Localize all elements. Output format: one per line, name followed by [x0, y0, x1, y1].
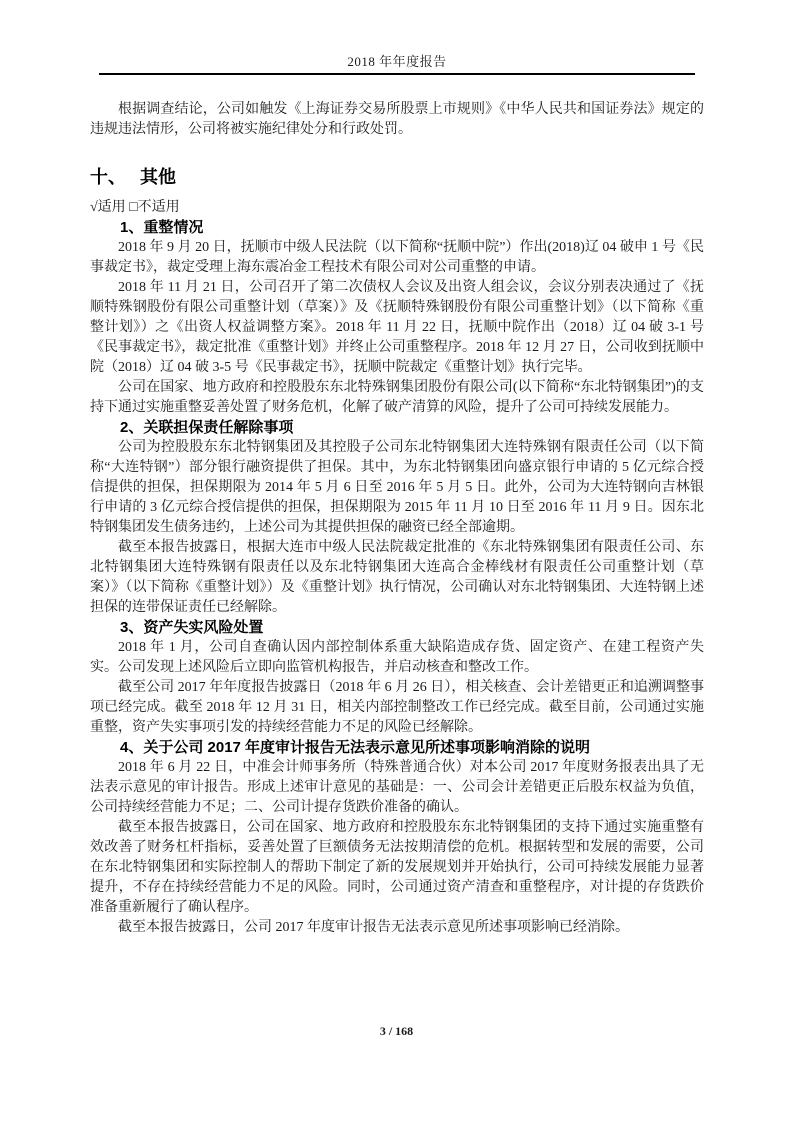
- paragraph-asset-risk-1: 2018 年 1 月，公司自查确认因内部控制体系重大缺陷造成存货、固定资产、在建…: [90, 638, 704, 678]
- report-page: { "header": { "title": "2018 年年度报告" }, "…: [0, 0, 793, 1122]
- applicability-note: √适用 □不适用: [90, 198, 704, 218]
- paragraph-restructuring-1: 2018 年 9 月 20 日，抚顺市中级人民法院（以下简称“抚顺中院”）作出(…: [90, 238, 704, 278]
- paragraph-audit-1: 2018 年 6 月 22 日，中准会计师事务所（特殊普通合伙）对本公司 201…: [90, 758, 704, 818]
- subheading-audit-opinion: 4、关于公司 2017 年度审计报告无法表示意见所述事项影响消除的说明: [90, 738, 704, 758]
- page-header: 2018 年年度报告: [99, 53, 695, 75]
- paragraph-audit-3: 截至本报告披露日，公司 2017 年度审计报告无法表示意见所述事项影响已经消除。: [90, 918, 704, 938]
- subheading-asset-risk: 3、资产失实风险处置: [90, 618, 704, 638]
- paragraph-audit-2: 截至本报告披露日，公司在国家、地方政府和控股股东东北特钢集团的支持下通过实施重整…: [90, 818, 704, 918]
- page-number: 3 / 168: [380, 1024, 413, 1038]
- section-blocks: 1、重整情况 2018 年 9 月 20 日，抚顺市中级人民法院（以下简称“抚顺…: [90, 218, 704, 938]
- paragraph-guarantee-2: 截至本报告披露日，根据大连市中级人民法院裁定批准的《东北特殊钢集团有限责任公司、…: [90, 538, 704, 618]
- paragraph-asset-risk-2: 截至公司 2017 年年度报告披露日（2018 年 6 月 26 日），相关核查…: [90, 678, 704, 738]
- paragraph-guarantee-1: 公司为控股股东东北特钢集团及其控股子公司东北特钢集团大连特殊钢有限责任公司（以下…: [90, 438, 704, 538]
- page-footer: 3 / 168: [0, 1024, 793, 1038]
- paragraph-restructuring-2: 2018 年 11 月 21 日，公司召开了第二次债权人会议及出资人组会议，会议…: [90, 278, 704, 378]
- section-number: 十、: [90, 167, 126, 187]
- report-title: 2018 年年度报告: [347, 54, 446, 69]
- subheading-restructuring: 1、重整情况: [90, 218, 704, 238]
- paragraph-restructuring-3: 公司在国家、地方政府和控股股东东北特殊钢集团股份有限公司(以下简称“东北特钢集团…: [90, 378, 704, 418]
- section-heading-other: 十、其他: [90, 166, 704, 188]
- section-title: 其他: [140, 167, 176, 187]
- subheading-guarantee-release: 2、关联担保责任解除事项: [90, 418, 704, 438]
- intro-paragraph: 根据调查结论，公司如触发《上海证券交易所股票上市规则》《中华人民共和国证券法》规…: [90, 100, 704, 140]
- document-body: 根据调查结论，公司如触发《上海证券交易所股票上市规则》《中华人民共和国证券法》规…: [90, 100, 704, 938]
